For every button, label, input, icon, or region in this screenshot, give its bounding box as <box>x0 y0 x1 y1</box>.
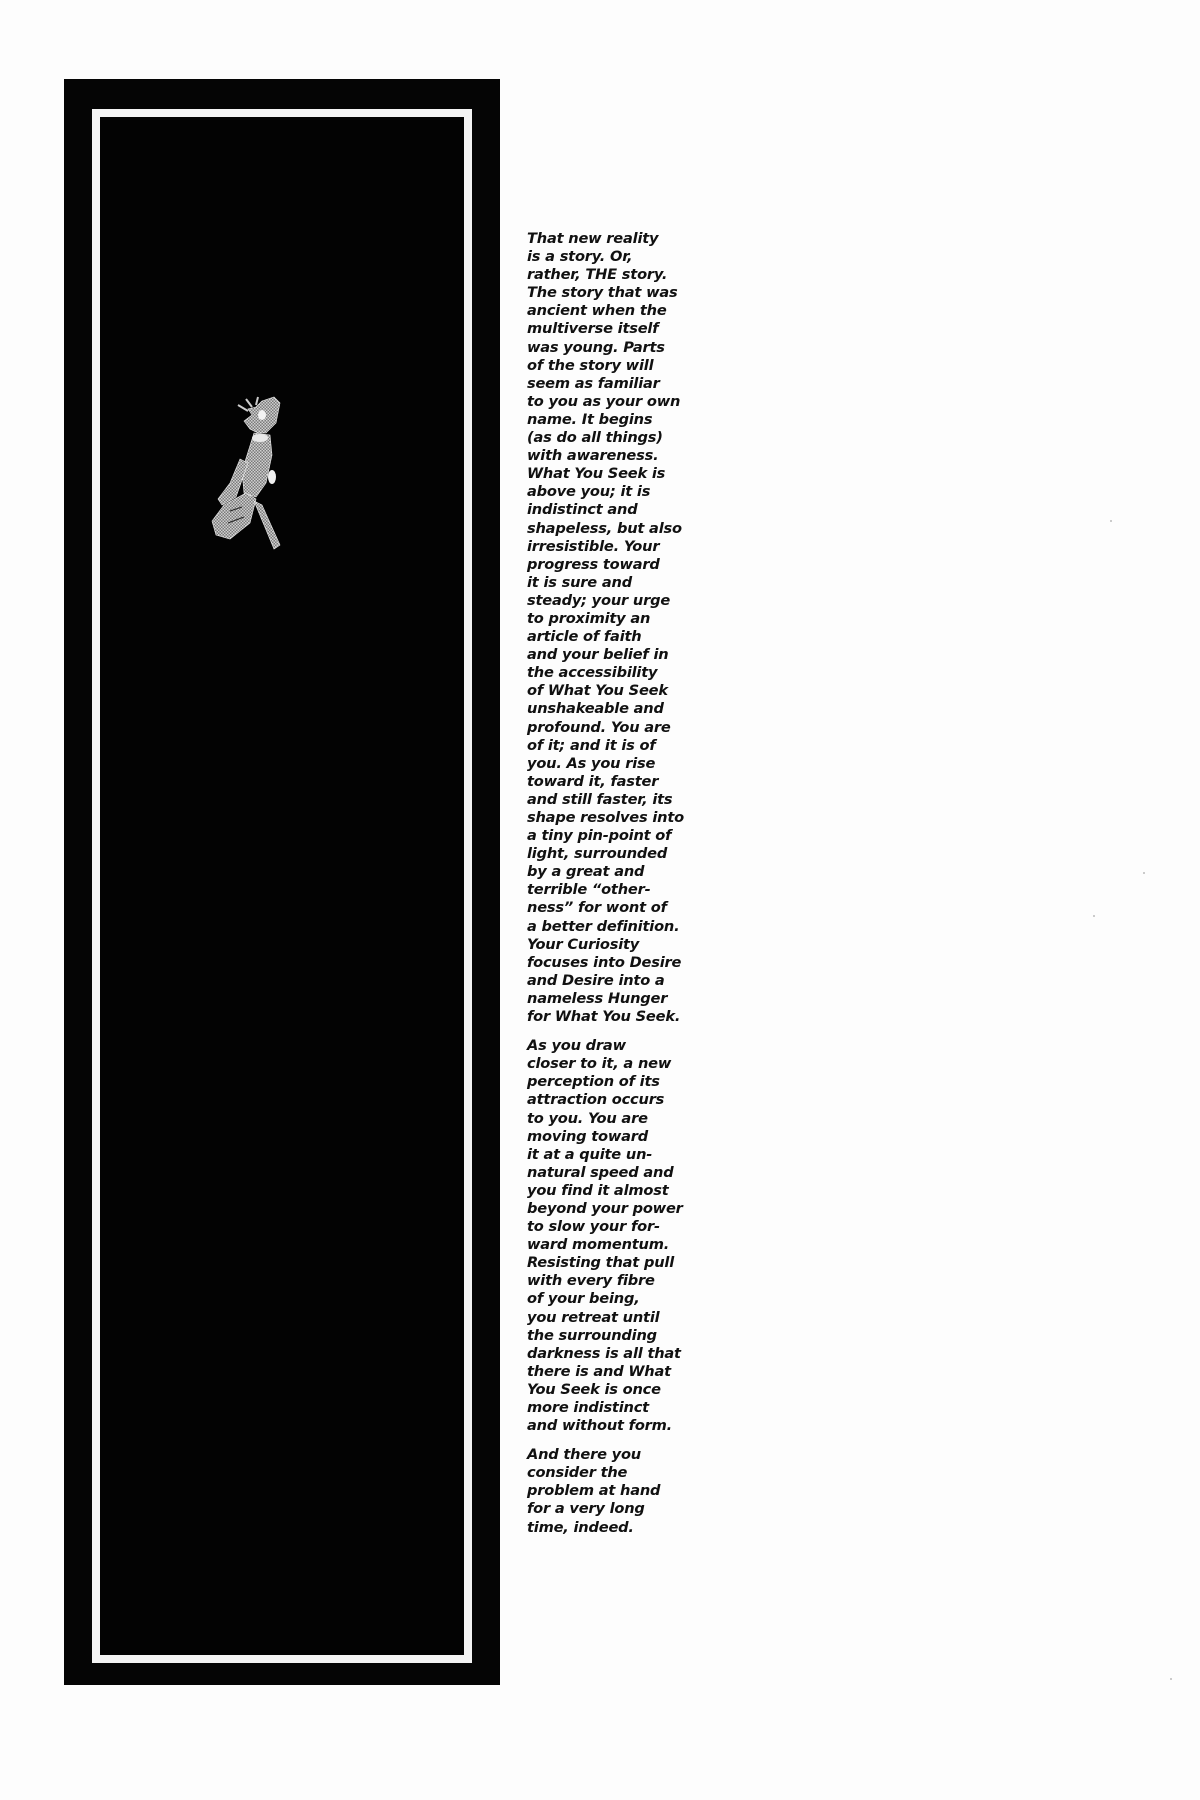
caption-line: shapeless, but also <box>527 520 717 538</box>
caption-line: (as do all things) <box>527 429 717 447</box>
paper-speck <box>1093 915 1095 917</box>
caption-line: progress toward <box>527 556 717 574</box>
paper-speck <box>1143 872 1145 874</box>
caption-line: time, indeed. <box>527 1519 717 1537</box>
caption-line: toward it, faster <box>527 773 717 791</box>
caption-line: natural speed and <box>527 1164 717 1182</box>
caption-line: light, surrounded <box>527 845 717 863</box>
caption-line: to you. You are <box>527 1110 717 1128</box>
paper-speck <box>1170 1678 1172 1680</box>
caption-line: ness” for wont of <box>527 899 717 917</box>
caption-line: and without form. <box>527 1417 717 1435</box>
caption-line: name. It begins <box>527 411 717 429</box>
caption-line: multiverse itself <box>527 320 717 338</box>
caption-line: indistinct and <box>527 501 717 519</box>
caption-text-column: That new realityis a story. Or,rather, T… <box>527 230 717 1548</box>
caption-line: to slow your for- <box>527 1218 717 1236</box>
black-panel-frame <box>64 79 500 1685</box>
caption-line: rather, THE story. <box>527 266 717 284</box>
caption-line: and your belief in <box>527 646 717 664</box>
caption-line: closer to it, a new <box>527 1055 717 1073</box>
caption-line: you retreat until <box>527 1309 717 1327</box>
caption-line: to you as your own <box>527 393 717 411</box>
caption-line: more indistinct <box>527 1399 717 1417</box>
caption-line: and still faster, its <box>527 791 717 809</box>
caption-line: shape resolves into <box>527 809 717 827</box>
caption-line: you find it almost <box>527 1182 717 1200</box>
caption-line: and Desire into a <box>527 972 717 990</box>
caption-line: perception of its <box>527 1073 717 1091</box>
caption-line: the surrounding <box>527 1327 717 1345</box>
caption-line: you. As you rise <box>527 755 717 773</box>
caption-line: And there you <box>527 1446 717 1464</box>
caption-line: is a story. Or, <box>527 248 717 266</box>
falling-figure-illustration <box>200 393 290 553</box>
caption-line: the accessibility <box>527 664 717 682</box>
caption-line: The story that was <box>527 284 717 302</box>
caption-line: problem at hand <box>527 1482 717 1500</box>
caption-line: with awareness. <box>527 447 717 465</box>
caption-line: irresistible. Your <box>527 538 717 556</box>
caption-line: beyond your power <box>527 1200 717 1218</box>
caption-line: a tiny pin-point of <box>527 827 717 845</box>
caption-line: above you; it is <box>527 483 717 501</box>
caption-line: for a very long <box>527 1500 717 1518</box>
caption-line: Your Curiosity <box>527 936 717 954</box>
caption-line: ancient when the <box>527 302 717 320</box>
caption-line: with every fibre <box>527 1272 717 1290</box>
caption-line: moving toward <box>527 1128 717 1146</box>
caption-line: profound. You are <box>527 719 717 737</box>
caption-line: terrible “other- <box>527 881 717 899</box>
caption-line: article of faith <box>527 628 717 646</box>
white-inner-rule <box>92 109 472 1663</box>
caption-line: by a great and <box>527 863 717 881</box>
caption-line: focuses into Desire <box>527 954 717 972</box>
caption-line: a better definition. <box>527 918 717 936</box>
paper-speck <box>1110 520 1112 522</box>
caption-line: nameless Hunger <box>527 990 717 1008</box>
caption-line: of it; and it is of <box>527 737 717 755</box>
caption-line: of the story will <box>527 357 717 375</box>
caption-line: it is sure and <box>527 574 717 592</box>
caption-line: steady; your urge <box>527 592 717 610</box>
comic-page: That new realityis a story. Or,rather, T… <box>0 0 1200 1800</box>
caption-line: of your being, <box>527 1290 717 1308</box>
caption-line: As you draw <box>527 1037 717 1055</box>
caption-line: unshakeable and <box>527 700 717 718</box>
caption-line: of What You Seek <box>527 682 717 700</box>
caption-line: for What You Seek. <box>527 1008 717 1026</box>
caption-line: ward momentum. <box>527 1236 717 1254</box>
caption-line: attraction occurs <box>527 1091 717 1109</box>
caption-line: to proximity an <box>527 610 717 628</box>
caption-line: seem as familiar <box>527 375 717 393</box>
black-panel-interior <box>100 117 464 1655</box>
caption-line: there is and What <box>527 1363 717 1381</box>
caption-line: What You Seek is <box>527 465 717 483</box>
caption-line: consider the <box>527 1464 717 1482</box>
caption-paragraph-2: As you drawcloser to it, a newperception… <box>527 1037 717 1435</box>
caption-paragraph-3: And there youconsider theproblem at hand… <box>527 1446 717 1536</box>
caption-line: Resisting that pull <box>527 1254 717 1272</box>
caption-line: You Seek is once <box>527 1381 717 1399</box>
caption-line: was young. Parts <box>527 339 717 357</box>
caption-paragraph-1: That new realityis a story. Or,rather, T… <box>527 230 717 1026</box>
caption-line: That new reality <box>527 230 717 248</box>
caption-line: it at a quite un- <box>527 1146 717 1164</box>
caption-line: darkness is all that <box>527 1345 717 1363</box>
